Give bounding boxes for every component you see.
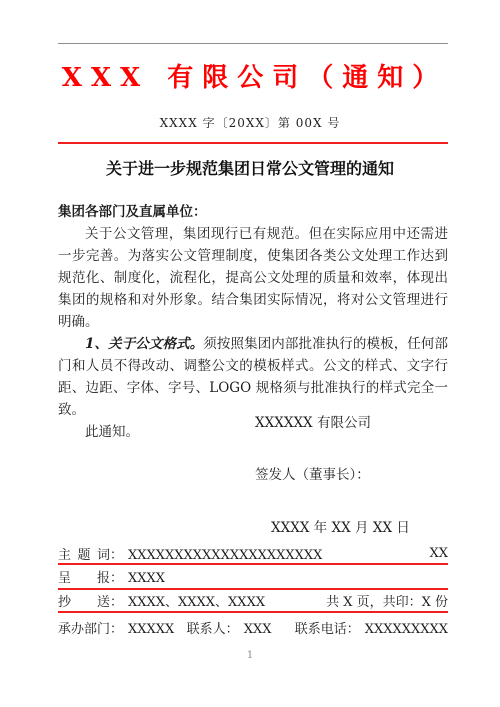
footer-row-report: 呈 报：XXXX — [58, 565, 448, 590]
copy-value: XXXX、XXXX、XXXX — [128, 595, 265, 610]
header-top-divider — [58, 43, 448, 44]
header-red-divider — [58, 142, 448, 144]
report-label: 呈 报： — [58, 571, 123, 586]
footer-subject-left: 主 题 词：XXXXXXXXXXXXXXXXXXXXX — [58, 544, 322, 563]
footer-report-left: 呈 报：XXXX — [58, 567, 165, 586]
signature-date: XXXX 年 XX 月 XX 日 — [271, 516, 410, 536]
contact-phone-value: XXXXXXXXX — [365, 622, 448, 637]
notice-body: 集团各部门及直属单位： 关于公文管理，集团现行已有规范。但在实际应用中还需进一步… — [58, 201, 448, 443]
footer-row-subject: 主 题 词：XXXXXXXXXXXXXXXXXXXXX XX — [58, 544, 448, 565]
page-number: 1 — [0, 650, 500, 661]
footer-row-contacts: 承办部门：XXXXX 联系人：XXX 联系电话：XXXXXXXXX — [58, 615, 448, 639]
company-header-title: XXX 有限公司（通知） — [0, 57, 500, 94]
subject-value: XXXXXXXXXXXXXXXXXXXXX — [128, 548, 322, 563]
salutation: 集团各部门及直属单位： — [58, 201, 448, 223]
subject-right-value: XX — [429, 546, 448, 561]
handling-dept-label: 承办部门： — [58, 622, 123, 637]
paragraph-2-lead: 1、关于公文格式。 — [85, 336, 203, 352]
pages-print-count: 共 X 页，共印：X 份 — [326, 591, 448, 610]
handling-dept: 承办部门：XXXXX — [58, 618, 187, 637]
report-value: XXXX — [128, 571, 165, 586]
paragraph-2: 1、关于公文格式。须按照集团内部批准执行的模板，任何部门和人员不得改动、调整公文… — [58, 333, 448, 421]
copy-label: 抄 送： — [58, 595, 123, 610]
contact-person-value: XXX — [244, 622, 272, 637]
contact-phone: 联系电话：XXXXXXXXX — [295, 618, 448, 637]
subject-label: 主 题 词： — [58, 548, 123, 563]
footer-row-copy: 抄 送：XXXX、XXXX、XXXX 共 X 页，共印：X 份 — [58, 590, 448, 613]
signature-signer-label: 签发人（董事长）： — [255, 463, 370, 483]
contact-person: 联系人：XXX — [187, 618, 295, 637]
paragraph-1: 关于公文管理，集团现行已有规范。但在实际应用中还需进一步完善。为落实公文管理制度… — [58, 223, 448, 333]
signature-company: XXXXXX 有限公司 — [255, 411, 371, 431]
document-footer-table: 主 题 词：XXXXXXXXXXXXXXXXXXXXX XX 呈 报：XXXX … — [58, 544, 448, 639]
notice-document-page: XXX 有限公司（通知） XXXX 字〔20XX〕第 00X 号 关于进一步规范… — [0, 0, 500, 707]
contact-person-label: 联系人： — [187, 622, 239, 637]
closing-line: 此通知。 — [58, 421, 448, 443]
contact-phone-label: 联系电话： — [295, 622, 360, 637]
footer-copy-left: 抄 送：XXXX、XXXX、XXXX — [58, 591, 265, 610]
doc-number: XXXX 字〔20XX〕第 00X 号 — [0, 114, 500, 131]
notice-title: 关于进一步规范集团日常公文管理的通知 — [0, 156, 500, 179]
handling-dept-value: XXXXX — [128, 622, 174, 637]
